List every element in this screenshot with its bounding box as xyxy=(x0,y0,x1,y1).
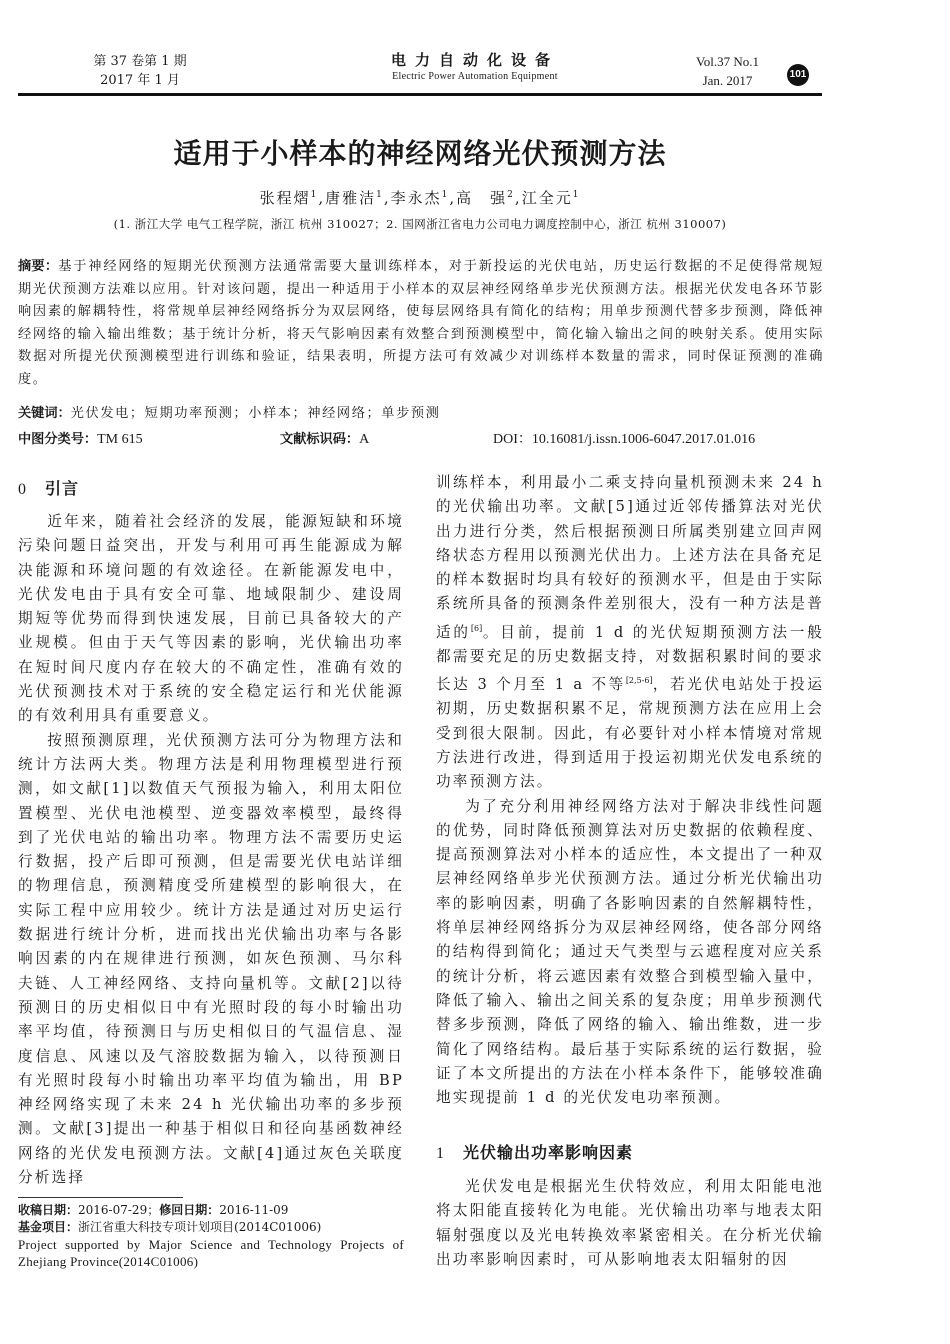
volume-issue-en: Vol.37 No.1 xyxy=(680,52,775,71)
footnote: 收稿日期：2016-07-29；修回日期：2016-11-09 基金项目：浙江省… xyxy=(18,1202,404,1270)
paragraph: 为了充分利用神经网络方法对于解决非线性问题的优势，同时降低预测算法对历史数据的依… xyxy=(436,795,824,1111)
dates-line: 收稿日期：2016-07-29；修回日期：2016-11-09 xyxy=(18,1202,404,1219)
citation[interactable]: [2,5-6] xyxy=(626,676,653,685)
section-title: 引言 xyxy=(45,479,79,498)
paragraph: 按照预测原理，光伏预测方法可分为物理方法和统计方法两大类。物理方法是利用物理模型… xyxy=(18,729,404,1191)
section-number: 1 xyxy=(436,1145,445,1162)
affiliations: (1. 浙江大学 电气工程学院，浙江 杭州 310027；2. 国网浙江省电力公… xyxy=(0,216,840,232)
section-number: 0 xyxy=(18,481,27,498)
journal-name: 电力自动化设备 Electric Power Automation Equipm… xyxy=(300,50,650,84)
journal-name-cn: 电力自动化设备 xyxy=(300,50,650,70)
journal-name-en: Electric Power Automation Equipment xyxy=(300,70,650,84)
keywords-label: 关键词： xyxy=(18,406,71,421)
paragraph: 训练样本，利用最小二乘支持向量机预测未来 24 h 的光伏输出功率。文献[5]通… xyxy=(436,471,824,795)
author-list: 张程熠1,唐雅洁1,李永杰1,高 强2,江全元1 xyxy=(0,187,840,208)
section-heading-intro: 0引言 xyxy=(18,476,79,499)
abstract-text: 基于神经网络的短期光伏预测方法通常需要大量训练样本，对于新投运的光伏电站，历史运… xyxy=(18,259,824,387)
header-rule xyxy=(18,93,822,96)
left-column: 近年来，随着社会经济的发展，能源短缺和环境污染问题日益突出，开发与利用可再生能源… xyxy=(18,510,404,1190)
clc-label: 中图分类号： xyxy=(18,432,97,447)
author: 江全元1 xyxy=(522,189,581,207)
paragraph: 近年来，随着社会经济的发展，能源短缺和环境污染问题日益突出，开发与利用可再生能源… xyxy=(18,510,404,729)
section-heading-factors: 1光伏输出功率影响因素 xyxy=(436,1140,633,1163)
fund-line-en: Project supported by Major Science and T… xyxy=(18,1236,404,1270)
page-number-badge: 101 xyxy=(787,64,809,86)
doc-code-value: A xyxy=(359,432,369,447)
keywords-text: 光伏发电；短期功率预测；小样本；神经网络；单步预测 xyxy=(71,406,441,421)
section-title: 光伏输出功率影响因素 xyxy=(463,1143,633,1162)
author: 李永杰1 xyxy=(391,189,450,207)
issue-date-en: Jan. 2017 xyxy=(680,71,775,90)
keywords: 关键词：光伏发电；短期功率预测；小样本；神经网络；单步预测 xyxy=(18,404,824,424)
doi-value[interactable]: 10.16081/j.issn.1006-6047.2017.01.016 xyxy=(532,432,755,447)
citation[interactable]: [6] xyxy=(471,624,482,633)
doi-label: DOI： xyxy=(493,432,532,447)
right-column: 训练样本，利用最小二乘支持向量机预测未来 24 h 的光伏输出功率。文献[5]通… xyxy=(436,471,824,1110)
clc-value: TM 615 xyxy=(97,432,143,447)
footnote-rule xyxy=(18,1197,183,1198)
issue-date: 2017 年 1 月 xyxy=(80,71,200,90)
issue-info: 第 37 卷第 1 期 2017 年 1 月 xyxy=(80,52,200,90)
fund-line: 基金项目：浙江省重大科技专项计划项目(2014C01006) xyxy=(18,1219,404,1236)
author: 唐雅洁1 xyxy=(325,189,384,207)
paragraph: 光伏发电是根据光生伏特效应，利用太阳能电池将太阳能直接转化为电能。光伏输出功率与… xyxy=(436,1175,824,1272)
abstract: 摘要：基于神经网络的短期光伏预测方法通常需要大量训练样本，对于新投运的光伏电站，… xyxy=(18,256,824,391)
right-column-continued: 光伏发电是根据光生伏特效应，利用太阳能电池将太阳能直接转化为电能。光伏输出功率与… xyxy=(436,1175,824,1272)
volume-issue: 第 37 卷第 1 期 xyxy=(80,52,200,71)
author: 高 强2 xyxy=(456,189,515,207)
author: 张程熠1 xyxy=(260,189,319,207)
paper-title: 适用于小样本的神经网络光伏预测方法 xyxy=(0,132,840,172)
issue-info-en: Vol.37 No.1 Jan. 2017 xyxy=(680,52,775,90)
abstract-label: 摘要： xyxy=(18,259,58,274)
doc-code-label: 文献标识码： xyxy=(280,432,359,447)
